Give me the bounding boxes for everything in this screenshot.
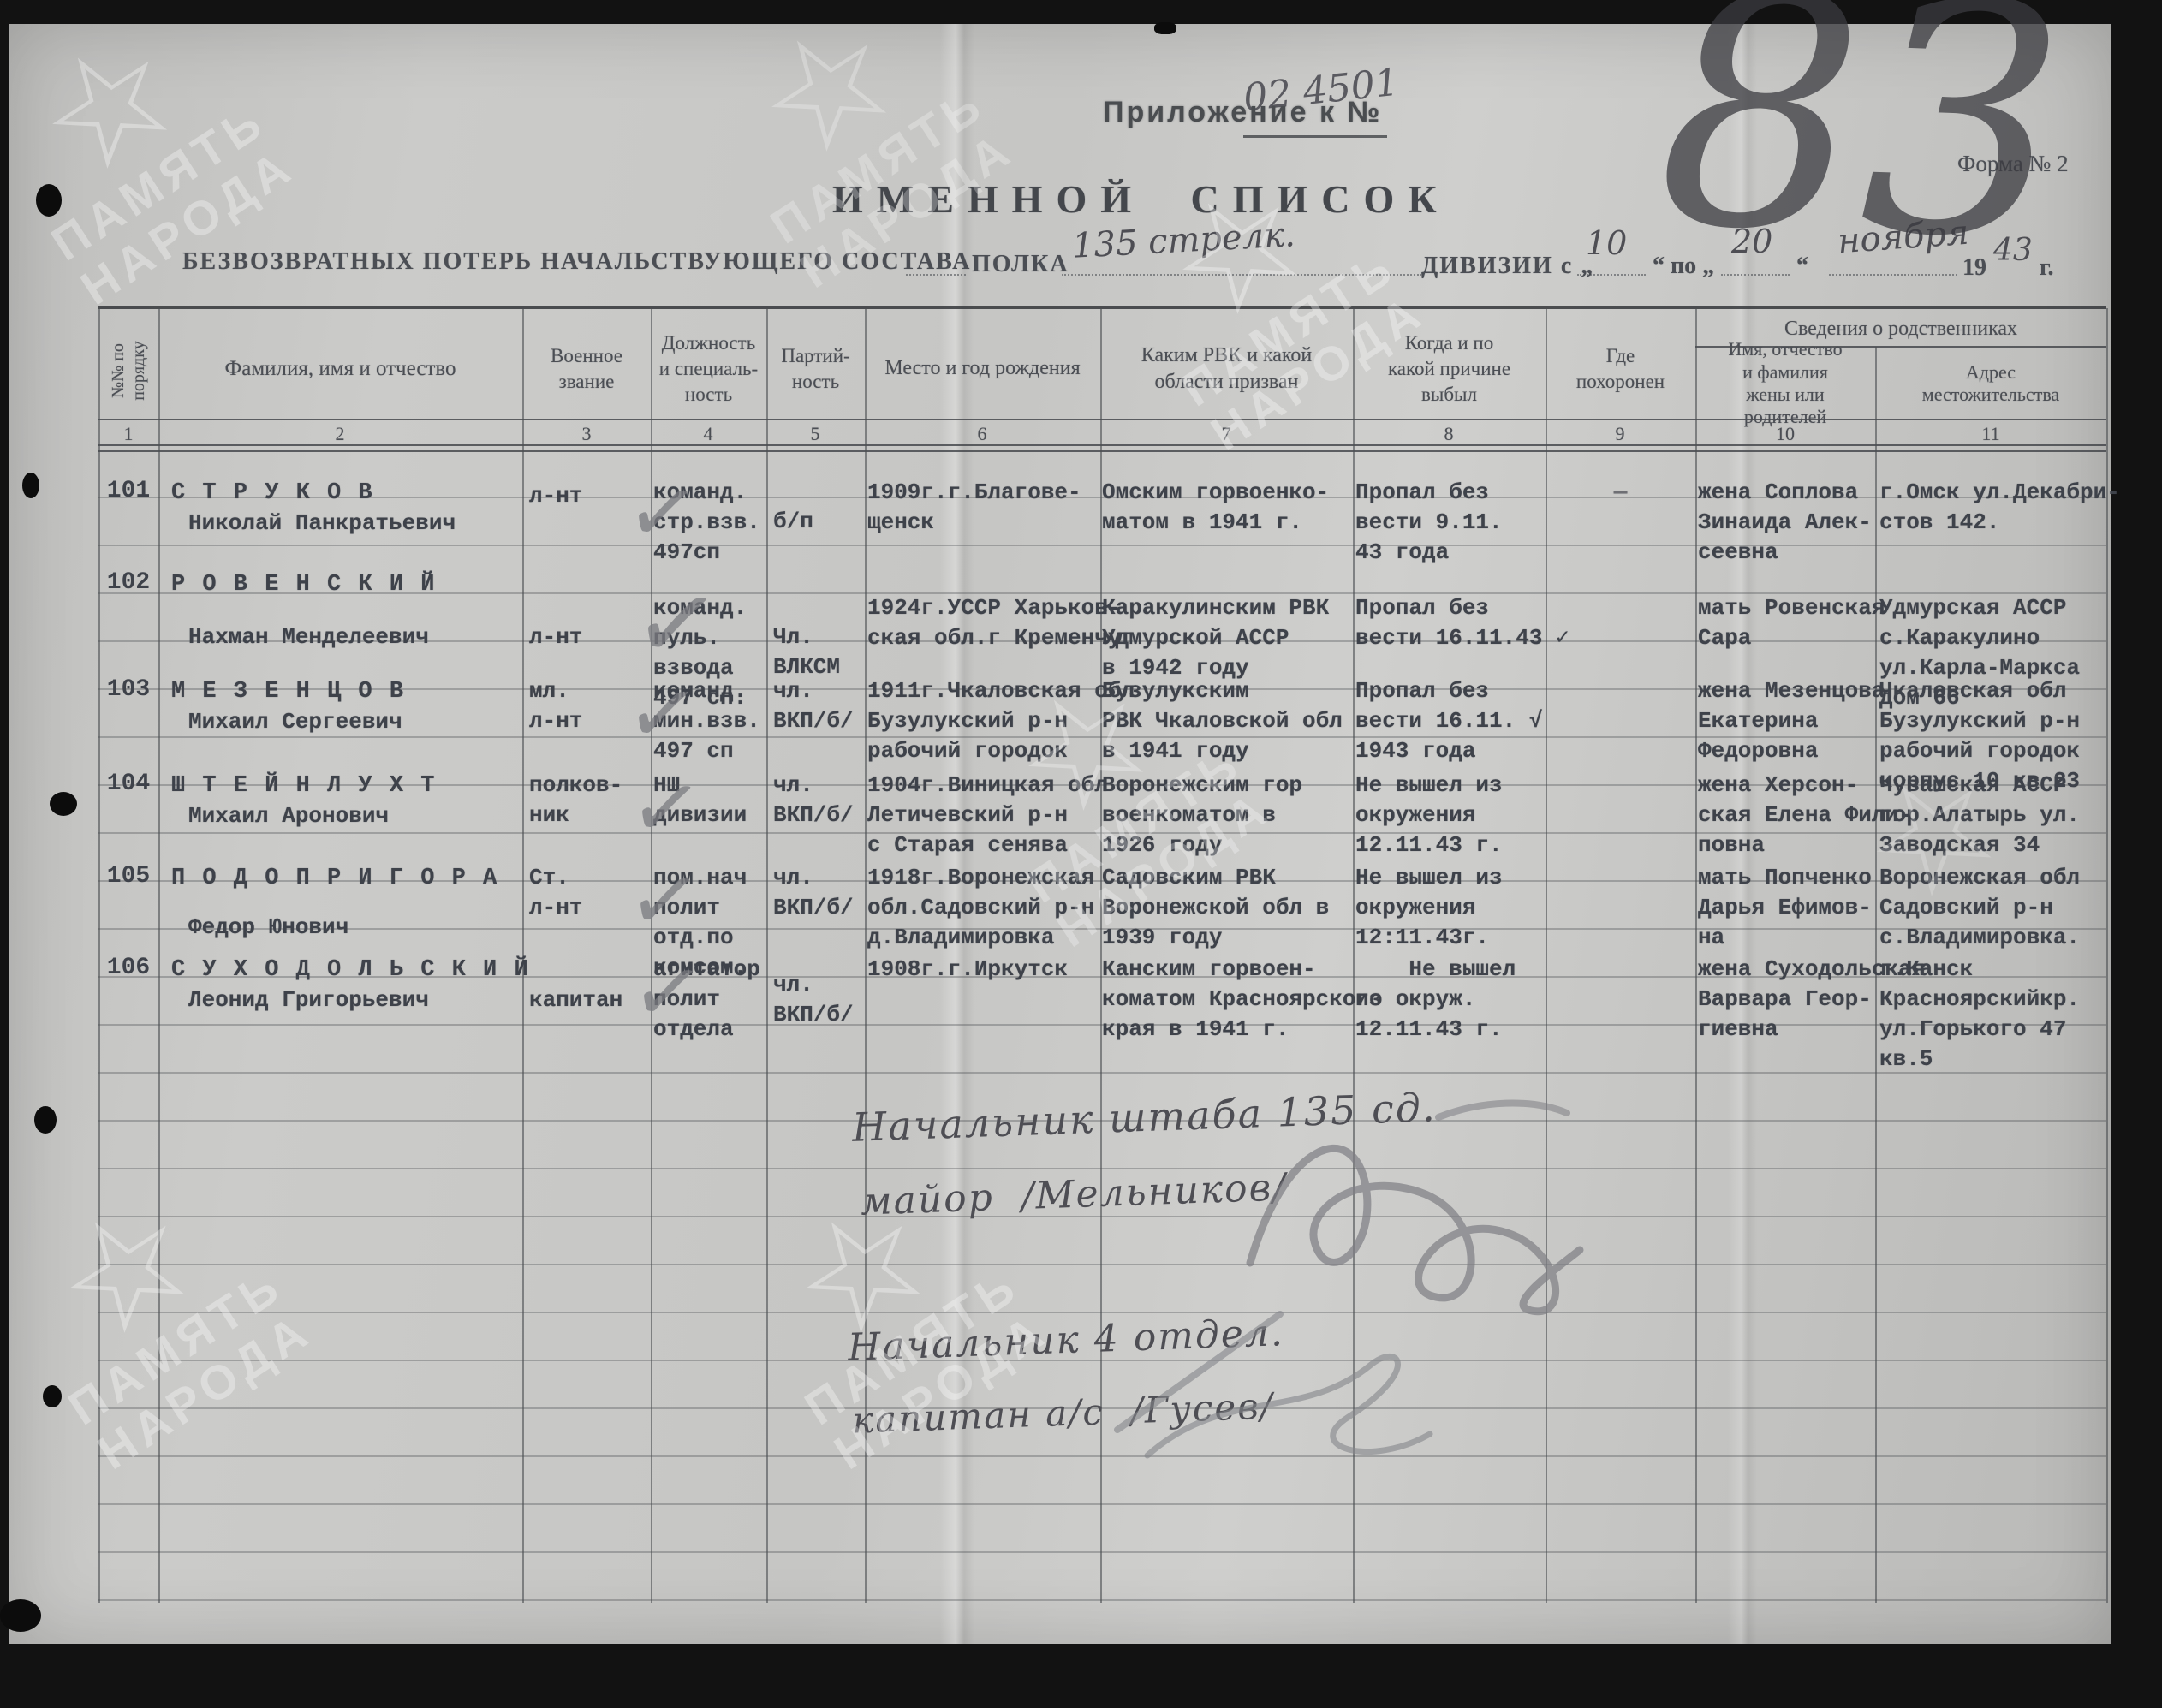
column-number: 6 bbox=[978, 423, 987, 445]
column-line bbox=[766, 308, 768, 1603]
cell-address: Чувашская АССР гор.Алатырь ул. Заводская… bbox=[1879, 771, 2080, 860]
cell-full-name: П О Д О П Р И Г О Р А Федор Юнович bbox=[171, 863, 498, 943]
cell-row-number: 105 bbox=[98, 863, 158, 890]
column-line bbox=[1546, 308, 1547, 1603]
column-header-4: Должность и специаль- ность bbox=[651, 318, 766, 420]
column-number: 8 bbox=[1444, 423, 1454, 445]
leader-line bbox=[906, 274, 966, 276]
cell-full-name: С Т Р У К О В Николай Панкратьевич bbox=[171, 478, 456, 539]
document-subtitle: БЕЗВОЗВРАТНЫХ ПОТЕРЬ НАЧАЛЬСТВУЮЩЕГО СОС… bbox=[182, 248, 971, 276]
cell-rank: Ст. л-нт bbox=[529, 863, 582, 923]
handwritten-sheet-number: 83 bbox=[1654, 0, 2070, 284]
surname: М Е З Е Н Ц О В bbox=[171, 676, 405, 707]
cell-party: чл. ВКП/б/ bbox=[773, 771, 854, 830]
cell-reason: Не вышел из окружения 12.11.43 г. bbox=[1355, 771, 1503, 860]
given-name: Федор Юнович bbox=[188, 913, 498, 943]
cell-full-name: С У Х О Д О Л Ь С К И Й Леонид Григорьев… bbox=[171, 955, 530, 1016]
cell-relative: жена Мезенцова Екатерина Федоровна bbox=[1698, 676, 1885, 766]
given-name: Михаил Аронович bbox=[188, 801, 436, 831]
cell-rank: л-нт bbox=[529, 622, 582, 652]
cell-birth: 1909г.г.Благове- щенск bbox=[867, 478, 1081, 538]
cell-address: г.Канск Красноярскийкр. ул.Горького 47 к… bbox=[1879, 955, 2080, 1074]
cell-full-name: Ш Т Е Й Н Л У Х Т Михаил Аронович bbox=[171, 771, 436, 832]
scanned-document-page: Приложение к № 02 4501 Форма № 2 83 ИМЕН… bbox=[0, 0, 2162, 1708]
cell-reason: Пропал без вести 16.11. √ 1943 года bbox=[1355, 676, 1542, 766]
cell-reason: Пропал без вести 16.11.43 ✓ bbox=[1355, 593, 1569, 653]
cell-reason: Не вышел из окруж. 12.11.43 г. bbox=[1355, 955, 1516, 1044]
paper-damage-spot bbox=[43, 1385, 62, 1407]
pencil-checkmark: ✓ bbox=[620, 659, 705, 769]
cell-row-number: 102 bbox=[98, 569, 158, 596]
cell-relative: мать Ровенская Сара bbox=[1698, 593, 1885, 653]
cell-rank: мл. л-нт bbox=[529, 676, 582, 736]
pencil-signature-scrawl bbox=[1087, 1284, 1456, 1490]
attachment-stamp: Приложение к № bbox=[1103, 96, 1382, 129]
column-header-3: Военное звание bbox=[522, 318, 651, 420]
cell-party: чл. ВКП/б/ bbox=[773, 970, 854, 1030]
paper-damage-spot bbox=[34, 1106, 57, 1134]
cell-reason: Пропал без вести 9.11. 43 года bbox=[1355, 478, 1503, 568]
column-header-5: Партий- ность bbox=[766, 318, 865, 420]
cell-row-number: 104 bbox=[98, 771, 158, 797]
paper-damage-spot bbox=[50, 792, 77, 816]
cell-reason: Не вышел из окружения 12:11.43г. bbox=[1355, 863, 1503, 953]
column-number: 2 bbox=[336, 423, 345, 445]
cell-row-number: 106 bbox=[98, 955, 158, 981]
column-number: 7 bbox=[1222, 423, 1231, 445]
cell-rvk: Бузулукским РВК Чкаловской обл в 1941 го… bbox=[1102, 676, 1343, 766]
cell-birth: 1918г.Воронежская обл.Садовский р-н д.Вл… bbox=[867, 863, 1094, 953]
paper-damage-spot bbox=[36, 184, 62, 217]
cell-address: Воронежская обл Садовский р-н с.Владимир… bbox=[1879, 863, 2080, 953]
surname: П О Д О П Р И Г О Р А bbox=[171, 863, 498, 894]
cell-rvk: Омским горвоенко- матом в 1941 г. bbox=[1102, 478, 1329, 538]
given-name: Николай Панкратьевич bbox=[188, 509, 456, 539]
column-header-1: №№ по порядку bbox=[98, 318, 158, 424]
cell-birth: 1924г.УССР Харьков- ская обл.г Кременчуг bbox=[867, 593, 1135, 653]
given-name: Леонид Григорьевич bbox=[188, 985, 530, 1015]
cell-relative: жена Соплова Зинаида Алек- сеевна bbox=[1698, 478, 1872, 568]
column-header-10: Имя, отчество и фамилия жены или родител… bbox=[1695, 348, 1875, 420]
column-header-8: Когда и по какой причине выбыл bbox=[1353, 318, 1546, 420]
document-title: ИМЕННОЙ СПИСОК bbox=[832, 176, 1450, 222]
date-from-underline bbox=[1577, 274, 1646, 276]
column-number: 9 bbox=[1616, 423, 1625, 445]
pencil-checkmark: ✓ bbox=[625, 937, 710, 1047]
date-from-handwritten: 10 bbox=[1586, 224, 1627, 262]
cell-rank: полков- ник bbox=[529, 771, 622, 830]
cell-full-name: Р О В Е Н С К И Й Нахман Менделеевич bbox=[171, 569, 436, 653]
column-number: 1 bbox=[124, 423, 134, 445]
surname: С У Х О Д О Л Ь С К И Й bbox=[171, 955, 530, 985]
cell-rank: капитан bbox=[529, 985, 622, 1015]
cell-relative: мать Попченко Дарья Ефимов- на bbox=[1698, 863, 1872, 953]
column-number: 4 bbox=[704, 423, 713, 445]
cell-party: чл. ВКП/б/ bbox=[773, 676, 854, 736]
cell-party: Чл. ВЛКСМ bbox=[773, 622, 840, 682]
cell-birth: 1911г.Чкаловская обл Бузулукский р-н раб… bbox=[867, 676, 1135, 766]
cell-rvk: Каракулинским РВК Удмурской АССР в 1942 … bbox=[1102, 593, 1329, 683]
pencil-checkmark: ✓ bbox=[620, 458, 705, 568]
regiment-underline bbox=[1062, 274, 1421, 276]
cell-birth: 1904г.Виницкая обл Летичевский р-н с Ста… bbox=[867, 771, 1108, 860]
cell-address: г.Омск ул.Декабри- стов 142. bbox=[1879, 478, 2120, 538]
pencil-checkmark: ✓ bbox=[622, 846, 706, 955]
surname: Р О В Е Н С К И Й bbox=[171, 569, 436, 600]
column-number: 10 bbox=[1776, 423, 1795, 445]
column-header-2: Фамилия, имя и отчество bbox=[158, 318, 522, 420]
column-header-11: Адрес местожительства bbox=[1875, 348, 2106, 420]
column-header-6: Место и год рождения bbox=[865, 318, 1100, 420]
paper-damage-spot bbox=[1154, 22, 1176, 34]
number-row-line-1 bbox=[98, 444, 2106, 446]
surname: С Т Р У К О В bbox=[171, 478, 456, 509]
column-header-7: Каким РВК и какой области призван bbox=[1100, 318, 1353, 420]
column-number: 11 bbox=[1981, 423, 1999, 445]
column-number: 3 bbox=[582, 423, 592, 445]
cell-row-number: 103 bbox=[98, 676, 158, 703]
cell-rvk: Садовским РВК Воронежской обл в 1939 год… bbox=[1102, 863, 1329, 953]
cell-birth: 1908г.г.Иркутск bbox=[867, 955, 1068, 985]
cell-full-name: М Е З Е Н Ц О В Михаил Сергеевич bbox=[171, 676, 405, 738]
table-top-border bbox=[98, 306, 2106, 309]
cell-party: чл. ВКП/б/ bbox=[773, 863, 854, 923]
column-line bbox=[158, 308, 160, 1603]
stamp-underline bbox=[1243, 135, 1387, 138]
cell-row-number: 101 bbox=[98, 478, 158, 504]
column-number: 5 bbox=[811, 423, 820, 445]
regiment-label: ПОЛКА bbox=[972, 251, 1069, 278]
surname: Ш Т Е Й Н Л У Х Т bbox=[171, 771, 436, 801]
column-header-9: Где похоронен bbox=[1546, 318, 1695, 420]
cell-rank: л-нт bbox=[529, 481, 582, 511]
cell-buried: — bbox=[1550, 478, 1691, 508]
cell-rvk: Воронежским гор военкоматом в 1926 году bbox=[1102, 771, 1302, 860]
given-name: Михаил Сергеевич bbox=[188, 707, 405, 737]
given-name: Нахман Менделеевич bbox=[188, 622, 436, 652]
paper-damage-spot bbox=[0, 1599, 41, 1632]
division-label: ДИВИЗИИ с „ bbox=[1421, 253, 1594, 280]
cell-rvk: Канским горвоен- коматом Красноярского к… bbox=[1102, 955, 1383, 1044]
cell-party: б/п bbox=[773, 507, 813, 537]
column-line bbox=[1695, 308, 1697, 1603]
paper-damage-spot bbox=[22, 473, 39, 498]
